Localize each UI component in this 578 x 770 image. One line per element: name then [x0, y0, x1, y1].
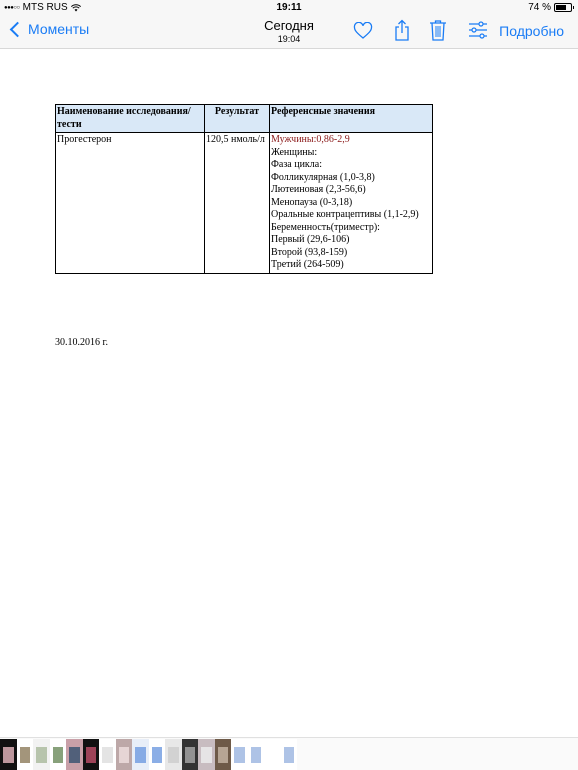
- chevron-left-icon: [10, 21, 26, 37]
- cell-reference: Мужчины:0,86-2,9 Женщины:Фаза цикла:Фолл…: [270, 133, 433, 274]
- cell-test-name: Прогестерон: [56, 133, 205, 274]
- trash-icon: [429, 19, 447, 41]
- reference-line: Беременность(триместр):: [271, 222, 431, 235]
- photo-thumbnail[interactable]: [231, 739, 248, 770]
- photo-thumbnail[interactable]: [116, 739, 133, 770]
- cell-result: 120,5 нмоль/л: [205, 133, 270, 274]
- photo-thumbnail[interactable]: [149, 739, 166, 770]
- photo-thumbnail[interactable]: [17, 739, 34, 770]
- header-result: Результат: [205, 105, 270, 133]
- reference-line: Третий (264-509): [271, 259, 431, 272]
- reference-line: Менопауза (0-3,18): [271, 197, 431, 210]
- document-content: Наименование исследования/ тести Результ…: [55, 104, 433, 274]
- photo-thumbnail[interactable]: [83, 739, 100, 770]
- reference-line: Женщины:: [271, 147, 431, 160]
- reference-line: Фолликулярная (1,0-3,8): [271, 172, 431, 185]
- reference-line: Фаза цикла:: [271, 159, 431, 172]
- battery-info: 74 %: [528, 2, 572, 13]
- photo-thumbnail[interactable]: [99, 739, 116, 770]
- clock: 19:11: [0, 2, 578, 13]
- header-reference: Референсные значения: [270, 105, 433, 133]
- back-label: Моменты: [28, 21, 89, 37]
- reference-line: Первый (29,6-106): [271, 234, 431, 247]
- photo-thumbnail[interactable]: [198, 739, 215, 770]
- reference-lines: Женщины:Фаза цикла:Фолликулярная (1,0-3,…: [271, 147, 431, 272]
- battery-percent: 74 %: [528, 2, 551, 13]
- status-bar: ●●●○○ MTS RUS 19:11 74 %: [0, 0, 578, 16]
- reference-line: Оральные контрацептивы (1,1-2,9): [271, 209, 431, 222]
- document-date: 30.10.2016 г.: [55, 337, 108, 348]
- delete-button[interactable]: [429, 19, 449, 39]
- photo-thumbnail[interactable]: [264, 739, 281, 770]
- photo-thumbnail[interactable]: [165, 739, 182, 770]
- photo-thumbnail[interactable]: [281, 739, 298, 770]
- navigation-bar: Моменты Сегодня 19:04 Подробно: [0, 16, 578, 49]
- share-icon: [393, 19, 411, 41]
- photo-thumbnail[interactable]: [215, 739, 232, 770]
- photo-thumbnail[interactable]: [50, 739, 67, 770]
- favorite-button[interactable]: [353, 22, 373, 42]
- back-button[interactable]: Моменты: [8, 21, 89, 37]
- edit-button[interactable]: [468, 21, 488, 41]
- table-row: Прогестерон 120,5 нмоль/л Мужчины:0,86-2…: [56, 133, 433, 274]
- results-table: Наименование исследования/ тести Результ…: [55, 104, 433, 274]
- details-button[interactable]: Подробно: [499, 23, 564, 39]
- adjust-icon: [468, 21, 488, 39]
- reference-line: Второй (93,8-159): [271, 247, 431, 260]
- heart-icon: [353, 22, 373, 40]
- thumbnail-list: [0, 739, 297, 770]
- photo-thumbnail[interactable]: [66, 739, 83, 770]
- share-button[interactable]: [393, 19, 413, 39]
- photo-thumbnail[interactable]: [33, 739, 50, 770]
- photo-thumbnail[interactable]: [0, 739, 17, 770]
- photo-thumbnail[interactable]: [182, 739, 199, 770]
- reference-line: Лютеиновая (2,3-56,6): [271, 184, 431, 197]
- reference-men: Мужчины:0,86-2,9: [271, 134, 431, 147]
- photo-thumbnail[interactable]: [132, 739, 149, 770]
- header-test-name: Наименование исследования/ тести: [56, 105, 205, 133]
- battery-icon: [554, 3, 572, 12]
- photo-thumbnail[interactable]: [248, 739, 265, 770]
- table-header-row: Наименование исследования/ тести Результ…: [56, 105, 433, 133]
- thumbnail-strip[interactable]: [0, 737, 578, 770]
